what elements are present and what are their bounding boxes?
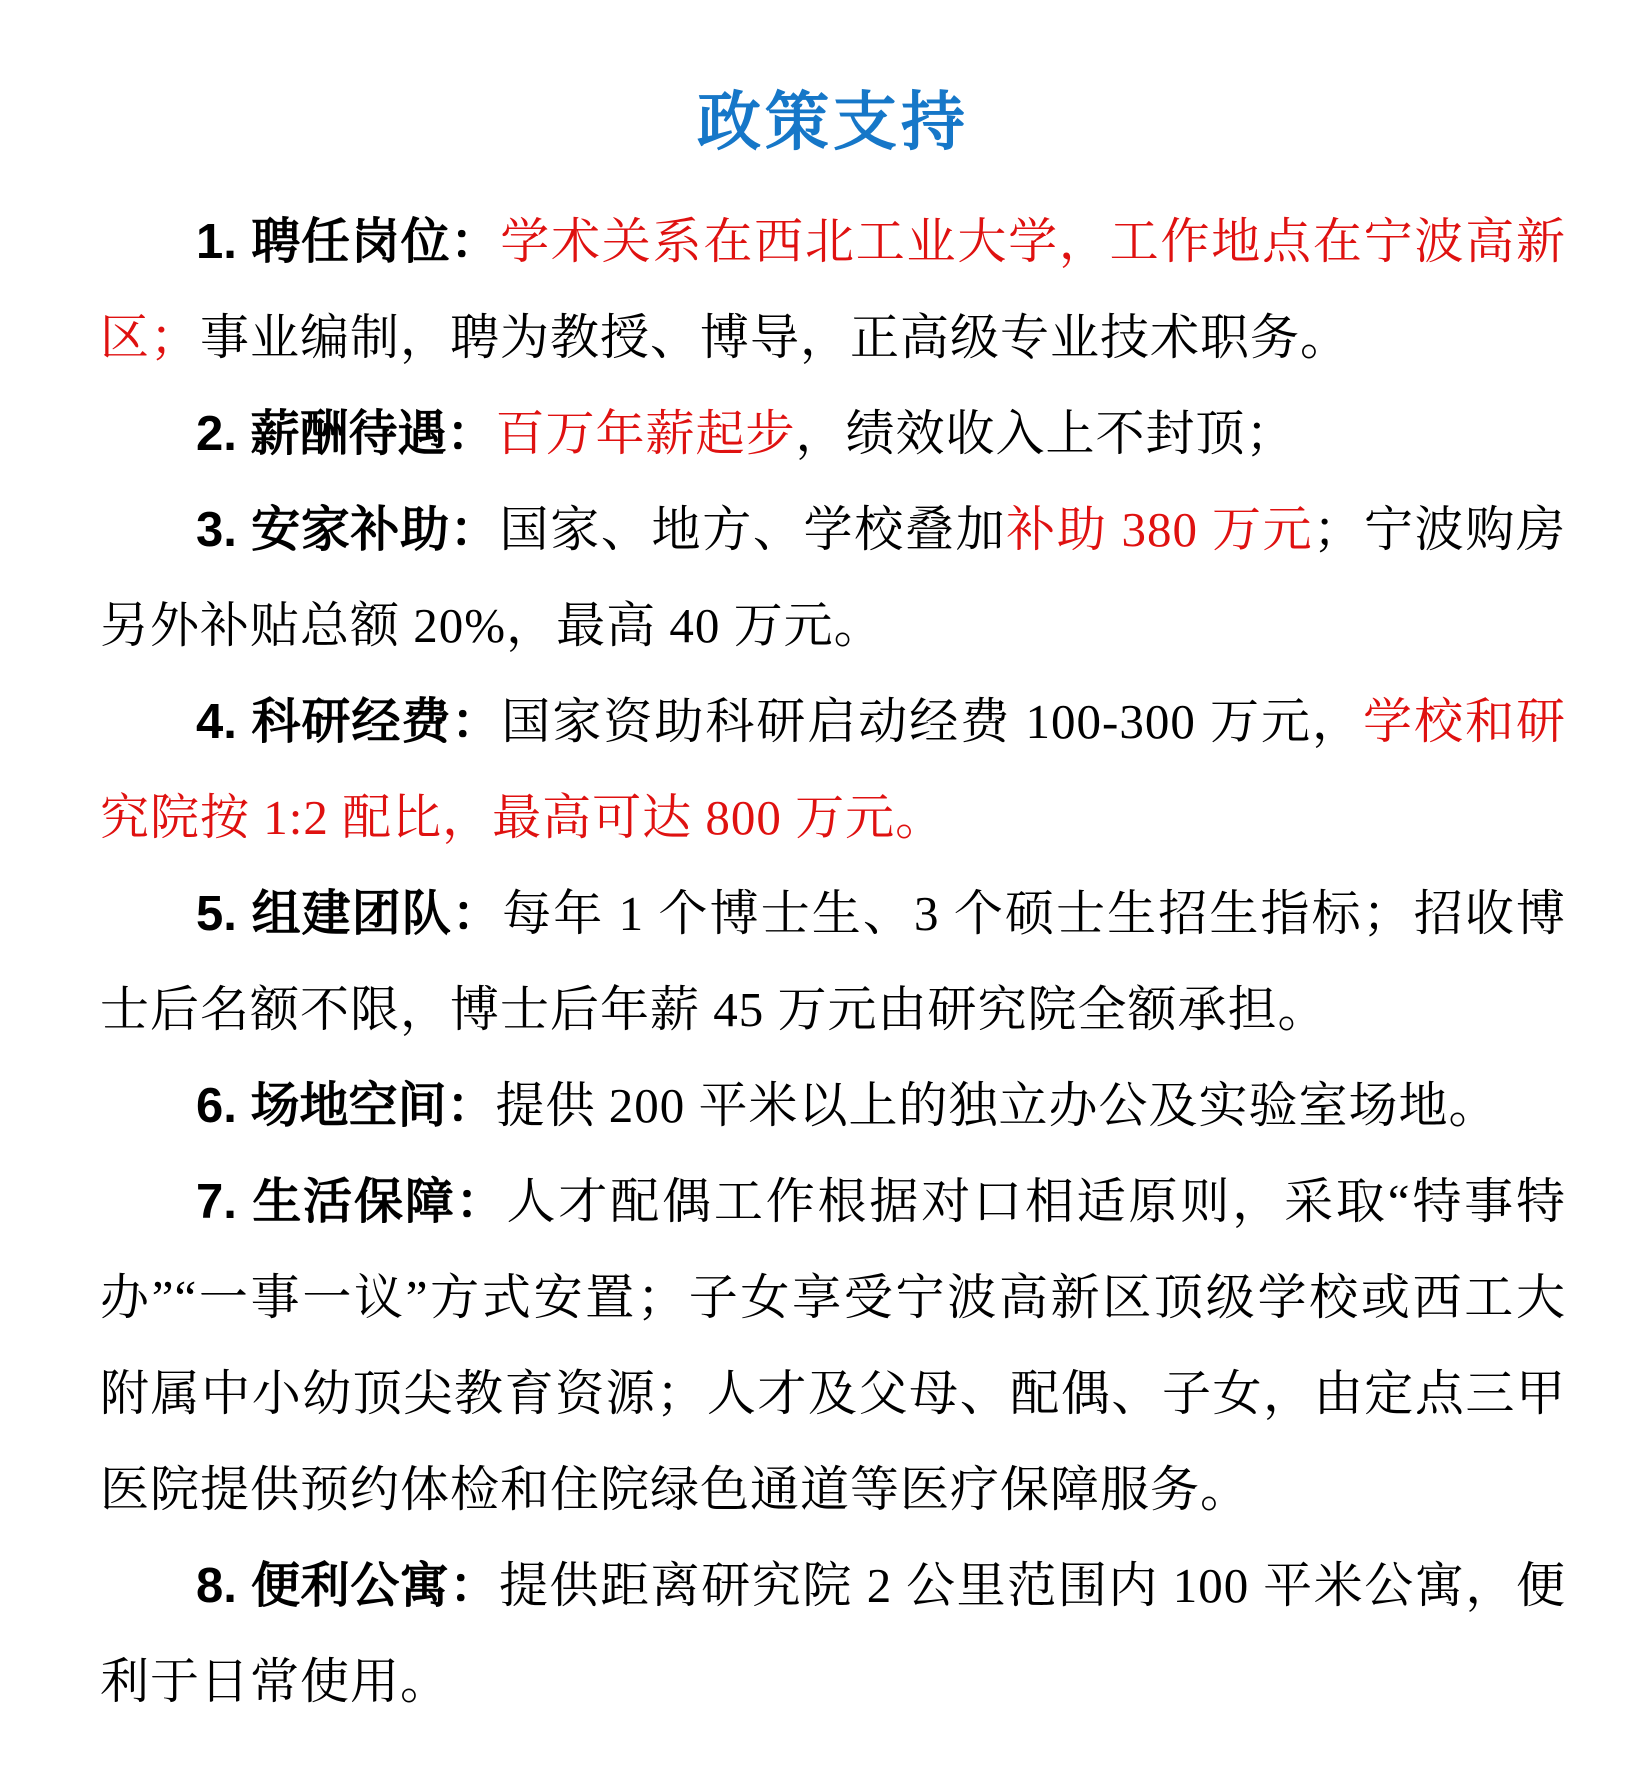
policy-item: 3. 安家补助：国家、地方、学校叠加补助 380 万元；宁波购房另外补贴总额 2… (100, 482, 1566, 674)
policy-item: 6. 场地空间：提供 200 平米以上的独立办公及实验室场地。 (100, 1058, 1566, 1154)
policy-item-label: 1. 聘任岗位： (196, 215, 500, 269)
page-title: 政策支持 (100, 70, 1566, 176)
policy-item-label: 3. 安家补助： (196, 503, 500, 557)
policy-item-label: 4. 科研经费： (196, 695, 501, 749)
policy-item: 2. 薪酬待遇：百万年薪起步，绩效收入上不封顶； (100, 386, 1566, 482)
policy-item: 4. 科研经费：国家资助科研启动经费 100-300 万元，学校和研究院按 1:… (100, 674, 1566, 866)
policy-item-label: 8. 便利公寓： (196, 1559, 499, 1613)
document-page: 政策支持 1. 聘任岗位：学术关系在西北工业大学，工作地点在宁波高新区；事业编制… (0, 0, 1650, 1773)
policy-item-label: 7. 生活保障： (196, 1175, 507, 1229)
policy-item-text: 国家、地方、学校叠加 (500, 502, 1007, 557)
policy-item-text: 提供 200 平米以上的独立办公及实验室场地。 (495, 1078, 1498, 1133)
policy-item-text: 补助 380 万元 (1006, 502, 1313, 557)
policy-item-label: 6. 场地空间： (196, 1079, 495, 1133)
policy-item-text: 百万年薪起步 (495, 406, 795, 461)
policy-list: 1. 聘任岗位：学术关系在西北工业大学，工作地点在宁波高新区；事业编制，聘为教授… (100, 194, 1566, 1730)
policy-item-text: ，绩效收入上不封顶； (796, 406, 1296, 461)
policy-item-label: 2. 薪酬待遇： (196, 407, 495, 461)
policy-item-text: 国家资助科研启动经费 100-300 万元， (501, 694, 1363, 749)
policy-item: 7. 生活保障：人才配偶工作根据对口相适原则，采取“特事特办”“一事一议”方式安… (100, 1154, 1566, 1538)
policy-item-label: 5. 组建团队： (196, 887, 502, 941)
policy-item: 8. 便利公寓：提供距离研究院 2 公里范围内 100 平米公寓，便利于日常使用… (100, 1538, 1566, 1730)
policy-item-text: 事业编制，聘为教授、博导，正高级专业技术职务。 (200, 310, 1350, 365)
policy-item: 1. 聘任岗位：学术关系在西北工业大学，工作地点在宁波高新区；事业编制，聘为教授… (100, 194, 1566, 386)
policy-item: 5. 组建团队：每年 1 个博士生、3 个硕士生招生指标；招收博士后名额不限，博… (100, 866, 1566, 1058)
